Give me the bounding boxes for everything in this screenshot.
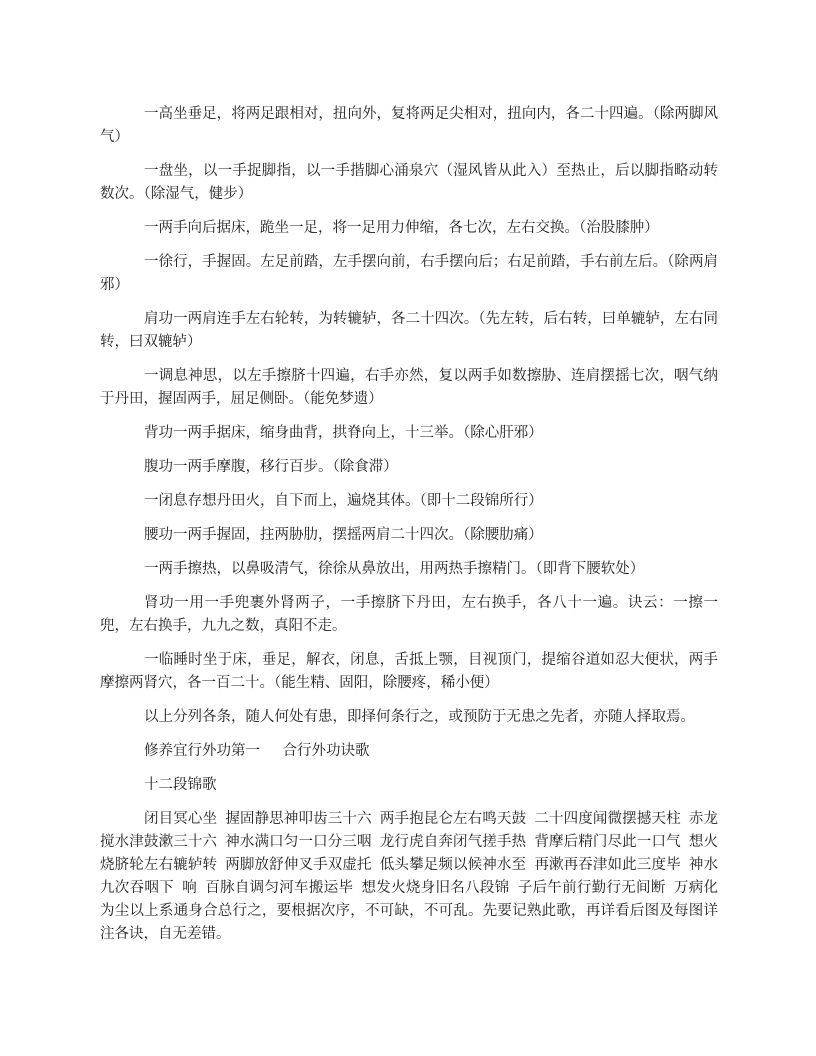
paragraph: 一盘坐，以一手捉脚指，以一手揩脚心涌泉穴（湿风皆从此入）至热止，后以脚指略动转数… xyxy=(100,160,718,206)
paragraph: 闭目冥心坐 握固静思神叩齿三十六 两手抱昆仑左右鸣天鼓 二十四度闻微摆撼天柱 赤… xyxy=(100,808,718,946)
paragraph: 一闭息存想丹田火，自下而上，遍烧其体。（即十二段锦所行） xyxy=(100,490,718,513)
paragraph: 腰功一两手握固，拄两胁肋，摆摇两肩二十四次。（除腰肋痛） xyxy=(100,524,718,547)
paragraph: 一两手向后据床，跪坐一足，将一足用力伸缩，各七次，左右交换。（治股膝肿） xyxy=(100,217,718,240)
paragraph: 以上分列各条，随人何处有患，即择何条行之，或预防于无患之先者，亦随人择取焉。 xyxy=(100,706,718,729)
section-heading: 修养宜行外功第一 合行外功诀歌 xyxy=(100,740,718,763)
paragraph: 一调息神思，以左手擦脐十四遍，右手亦然，复以两手如数擦胁、连肩摆摇七次，咽气纳于… xyxy=(100,365,718,411)
paragraph: 肾功一用一手兜裹外肾两子，一手擦脐下丹田，左右换手，各八十一遍。诀云：一擦一兜，… xyxy=(100,592,718,638)
document-body: 一高坐垂足，将两足跟相对，扭向外，复将两足尖相对，扭向内，各二十四遍。（除两脚风… xyxy=(100,103,718,957)
paragraph: 一高坐垂足，将两足跟相对，扭向外，复将两足尖相对，扭向内，各二十四遍。（除两脚风… xyxy=(100,103,718,149)
paragraph: 一两手擦热，以鼻吸清气，徐徐从鼻放出，用两热手擦精门。（即背下腰软处） xyxy=(100,558,718,581)
document-page: 一高坐垂足，将两足跟相对，扭向外，复将两足尖相对，扭向内，各二十四遍。（除两脚风… xyxy=(0,0,816,1056)
paragraph: 一徐行，手握固。左足前踏，左手摆向前，右手摆向后；右足前踏，手右前左后。（除两肩… xyxy=(100,251,718,297)
section-heading: 十二段锦歌 xyxy=(100,774,718,797)
paragraph: 肩功一两肩连手左右轮转，为转辘轳，各二十四次。（先左转，后右转，曰单辘轳，左右同… xyxy=(100,308,718,354)
paragraph: 一临睡时坐于床，垂足，解衣，闭息，舌抵上颚，目视顶门，提缩谷道如忍大便状，两手摩… xyxy=(100,649,718,695)
paragraph: 背功一两手据床，缩身曲背，拱脊向上，十三举。（除心肝邪） xyxy=(100,422,718,445)
paragraph: 腹功一两手摩腹，移行百步。（除食滞） xyxy=(100,456,718,479)
